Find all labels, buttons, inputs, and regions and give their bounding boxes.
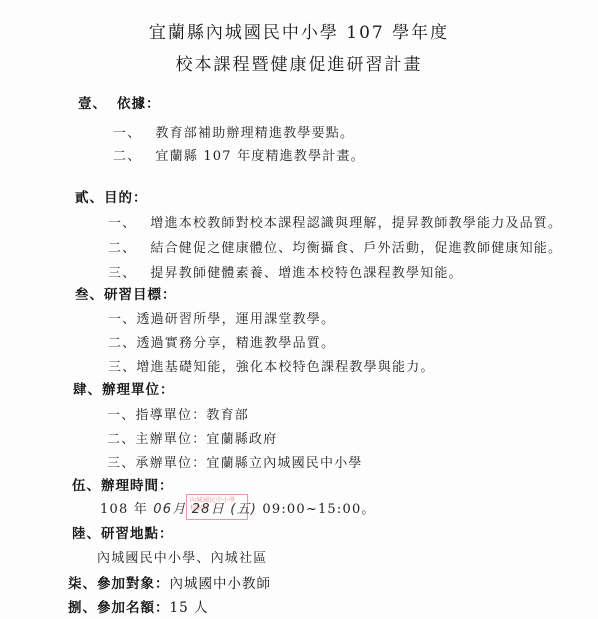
date-weekday-handwritten: (五) [230, 502, 257, 517]
item-number: 一、 [113, 126, 141, 141]
section-number: 壹、 [78, 96, 107, 112]
item-number: 二、 [108, 336, 136, 351]
date-month-handwritten: 06月 [153, 502, 186, 517]
section-4-item-3: 三、承辦單位：宜蘭縣立內城國民中小學 [107, 452, 363, 471]
item-number: 一、 [107, 408, 135, 423]
section-3-item-1: 一、透過研習所學，運用課堂教學。 [108, 308, 335, 327]
section-title: 參加對象： [97, 576, 170, 592]
item-number: 三、 [108, 360, 136, 375]
item-number: 二、 [107, 432, 135, 447]
section-1-heading: 壹、依據： [78, 92, 161, 112]
item-text: 提昇教師健體素養、增進本校特色課程教學知能。 [150, 266, 462, 281]
item-number: 一、 [108, 216, 136, 231]
document-title-line-2: 校本課程暨健康促進研習計畫 [0, 50, 598, 75]
section-title: 研習地點： [101, 526, 174, 542]
section-6-heading: 陸、研習地點： [72, 522, 174, 542]
item-text: 教育部補助辦理精進教學要點。 [155, 126, 354, 141]
item-text: 增進基礎知能，強化本校特色課程教學與能力。 [136, 360, 434, 375]
date-day-handwritten: 28日 [192, 502, 225, 517]
section-title: 辦理單位： [102, 382, 175, 398]
section-4-item-2: 二、主辦單位：宜蘭縣政府 [107, 428, 277, 447]
event-date-line: 108 年 06月 28日 (五) 09:00~15:00。 [100, 498, 376, 517]
item-text: 透過研習所學，運用課堂教學。 [136, 312, 335, 327]
section-3-item-3: 三、增進基礎知能，強化本校特色課程教學與能力。 [108, 356, 435, 375]
section-number: 柒、 [68, 576, 97, 592]
section-3-item-2: 二、透過實務分享，精進教學品質。 [108, 332, 335, 351]
section-1-item-2: 二、宜蘭縣 107 年度精進教學計畫。 [113, 145, 365, 164]
document-page: 宜蘭縣內城國民中小學 107 學年度 校本課程暨健康促進研習計畫 壹、依據： 一… [0, 0, 598, 619]
document-title-line-1: 宜蘭縣內城國民中小學 107 學年度 [0, 18, 598, 43]
item-number: 三、 [107, 456, 135, 471]
section-7-text: 內城國中小教師 [170, 576, 272, 592]
section-title: 依據： [117, 96, 161, 112]
section-1-item-1: 一、教育部補助辦理精進教學要點。 [113, 122, 354, 141]
section-4-item-1: 一、指導單位：教育部 [107, 404, 249, 423]
section-number: 貳、 [75, 190, 104, 206]
item-text: 透過實務分享，精進教學品質。 [136, 336, 335, 351]
section-2-heading: 貳、目的： [75, 186, 148, 206]
item-text: 指導單位：教育部 [135, 408, 249, 423]
section-8-heading: 捌、參加名額：15 人 [68, 596, 208, 616]
section-7-heading: 柒、參加對象：內城國中小教師 [68, 572, 271, 592]
section-6-text: 內城國民中小學、內城社區 [97, 547, 267, 566]
section-2-item-3: 三、提昇教師健體素養、增進本校特色課程教學知能。 [108, 262, 463, 281]
section-title: 目的： [104, 190, 148, 206]
section-number: 肆、 [73, 382, 102, 398]
item-number: 二、 [108, 241, 136, 256]
section-number: 叁、 [75, 287, 104, 303]
section-2-item-2: 二、結合健促之健康體位、均衡攝食、戶外活動，促進教師健康知能。 [108, 237, 562, 256]
section-number: 伍、 [72, 478, 101, 494]
section-title: 辦理時間： [101, 478, 174, 494]
item-number: 一、 [108, 312, 136, 327]
item-text: 宜蘭縣 107 年度精進教學計畫。 [155, 149, 364, 164]
date-time: 09:00~15:00。 [262, 502, 375, 517]
section-5-heading: 伍、辦理時間： [72, 474, 174, 494]
section-2-item-1: 一、增進本校教師對校本課程認識與理解，提昇教師教學能力及品質。 [108, 212, 562, 231]
date-year: 108 年 [100, 502, 148, 517]
item-text: 增進本校教師對校本課程認識與理解，提昇教師教學能力及品質。 [150, 216, 562, 231]
section-number: 陸、 [72, 526, 101, 542]
section-3-heading: 叁、研習目標： [75, 283, 177, 303]
section-8-text: 15 人 [170, 600, 209, 616]
section-number: 捌、 [68, 600, 97, 616]
item-text: 承辦單位：宜蘭縣立內城國民中小學 [135, 456, 362, 471]
section-title: 研習目標： [104, 287, 177, 303]
item-text: 結合健促之健康體位、均衡攝食、戶外活動，促進教師健康知能。 [150, 241, 562, 256]
section-4-heading: 肆、辦理單位： [73, 378, 175, 398]
item-number: 三、 [108, 266, 136, 281]
item-text: 主辦單位：宜蘭縣政府 [135, 432, 277, 447]
item-number: 二、 [113, 149, 141, 164]
section-title: 參加名額： [97, 600, 170, 616]
